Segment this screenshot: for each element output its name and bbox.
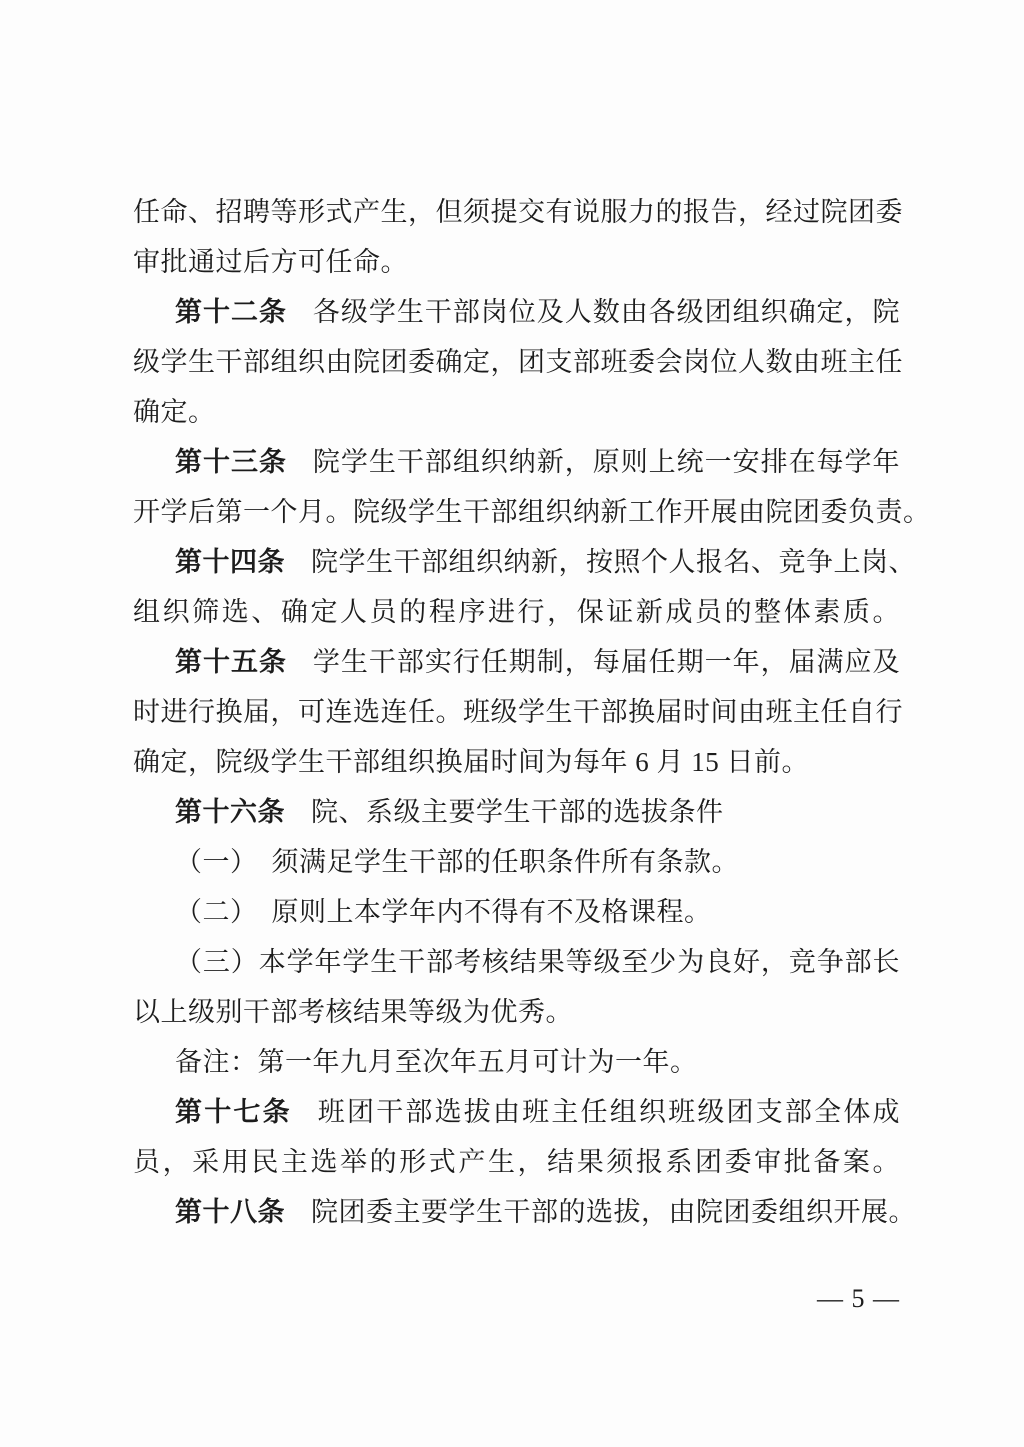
document-line: 级学生干部组织由院团委确定，团支部班委会岗位人数由班主任	[133, 337, 900, 387]
document-line: 以上级别干部考核结果等级为优秀。	[133, 987, 900, 1037]
document-line: 员，采用民主选举的形式产生，结果须报系团委审批备案。	[133, 1137, 900, 1187]
article-number: 第十二条	[175, 297, 287, 327]
article-number: 第十六条	[175, 797, 285, 827]
item-2: （二） 原则上本学年内不得有不及格课程。	[133, 887, 900, 937]
article-14: 第十四条院学生干部组织纳新，按照个人报名、竞争上岗、组织筛选、确定人员的程序进行…	[133, 537, 900, 637]
document-line: 第十七条班团干部选拔由班主任组织班级团支部全体成	[133, 1087, 900, 1137]
paragraph-continuation: 任命、招聘等形式产生，但须提交有说服力的报告，经过院团委审批通过后方可任命。	[133, 187, 900, 287]
article-number: 第十七条	[175, 1097, 292, 1127]
document-line: 第十八条院团委主要学生干部的选拔，由院团委组织开展。	[133, 1187, 900, 1237]
document-line: 审批通过后方可任命。	[133, 237, 900, 287]
article-18: 第十八条院团委主要学生干部的选拔，由院团委组织开展。	[133, 1187, 900, 1237]
article-12: 第十二条各级学生干部岗位及人数由各级团组织确定，院级学生干部组织由院团委确定，团…	[133, 287, 900, 437]
document-line: （二） 原则上本学年内不得有不及格课程。	[133, 887, 900, 937]
document-page: 任命、招聘等形式产生，但须提交有说服力的报告，经过院团委审批通过后方可任命。第十…	[0, 0, 1024, 1447]
article-number: 第十八条	[175, 1197, 285, 1227]
document-line: （一） 须满足学生干部的任职条件所有条款。	[133, 837, 900, 887]
article-15: 第十五条学生干部实行任期制，每届任期一年，届满应及时进行换届，可连选连任。班级学…	[133, 637, 900, 787]
document-line: 确定。	[133, 387, 900, 437]
document-line: 备注：第一年九月至次年五月可计为一年。	[133, 1037, 900, 1087]
document-line: 时进行换届，可连选连任。班级学生干部换届时间由班主任自行	[133, 687, 900, 737]
document-line: 第十三条院学生干部组织纳新，原则上统一安排在每学年	[133, 437, 900, 487]
page-footer: — 5 —	[133, 1274, 900, 1324]
article-17: 第十七条班团干部选拔由班主任组织班级团支部全体成员，采用民主选举的形式产生，结果…	[133, 1087, 900, 1187]
article-number: 第十四条	[175, 547, 285, 577]
document-body: 任命、招聘等形式产生，但须提交有说服力的报告，经过院团委审批通过后方可任命。第十…	[133, 187, 900, 1237]
article-13: 第十三条院学生干部组织纳新，原则上统一安排在每学年开学后第一个月。院级学生干部组…	[133, 437, 900, 537]
article-number: 第十五条	[175, 647, 287, 677]
item-1: （一） 须满足学生干部的任职条件所有条款。	[133, 837, 900, 887]
document-line: 任命、招聘等形式产生，但须提交有说服力的报告，经过院团委	[133, 187, 900, 237]
document-line: 第十四条院学生干部组织纳新，按照个人报名、竞争上岗、	[133, 537, 900, 587]
article-number: 第十三条	[175, 447, 287, 477]
note: 备注：第一年九月至次年五月可计为一年。	[133, 1037, 900, 1087]
document-line: （三）本学年学生干部考核结果等级至少为良好，竞争部长	[133, 937, 900, 987]
document-line: 组织筛选、确定人员的程序进行，保证新成员的整体素质。	[133, 587, 900, 637]
page-number: — 5 —	[817, 1284, 900, 1313]
document-line: 确定，院级学生干部组织换届时间为每年 6 月 15 日前。	[133, 737, 900, 787]
document-line: 第十六条院、系级主要学生干部的选拔条件	[133, 787, 900, 837]
document-line: 第十五条学生干部实行任期制，每届任期一年，届满应及	[133, 637, 900, 687]
document-line: 第十二条各级学生干部岗位及人数由各级团组织确定，院	[133, 287, 900, 337]
document-line: 开学后第一个月。院级学生干部组织纳新工作开展由院团委负责。	[133, 487, 900, 537]
item-3: （三）本学年学生干部考核结果等级至少为良好，竞争部长以上级别干部考核结果等级为优…	[133, 937, 900, 1037]
article-16: 第十六条院、系级主要学生干部的选拔条件	[133, 787, 900, 837]
